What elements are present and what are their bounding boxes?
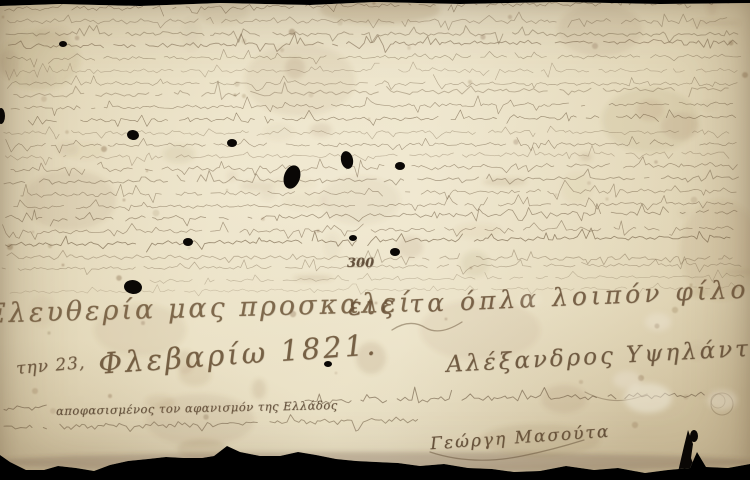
primary-signature: Αλέξανδρος Υψηλάντης: [446, 334, 750, 378]
dateline-month-year: Φλεβαρίω 1821.: [97, 327, 379, 380]
secondary-signature: Γεώργη Μασούτα: [430, 422, 611, 455]
postscript-fragment: αποφασισμένος τον αφανισμόν της Ελλάδος: [56, 398, 338, 418]
manuscript-photo: Ελευθερία μας προσκαλεί εις τα όπλα λοιπ…: [0, 0, 750, 480]
closing-line-right: εις τα όπλα λοιπόν φίλοι: [348, 274, 750, 321]
manuscript-paper: Ελευθερία μας προσκαλεί εις τα όπλα λοιπ…: [0, 0, 750, 480]
marginal-number: 300: [347, 256, 374, 271]
dateline-prefix: την 23,: [15, 353, 86, 379]
